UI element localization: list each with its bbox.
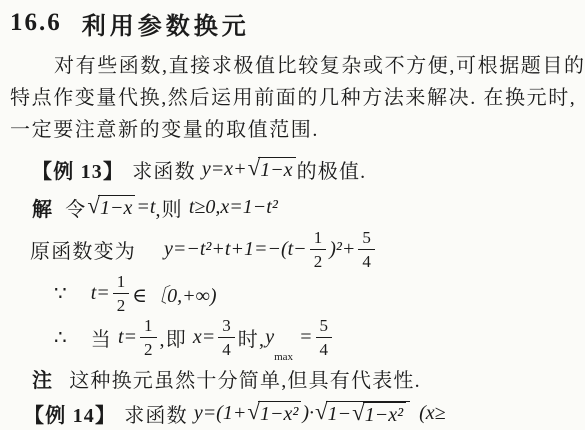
equals-sign: = (299, 326, 313, 349)
section-number: 16.6 (10, 9, 62, 37)
intro-line-2: 特点作变量代换,然后运用前面的几种方法来解决. 在换元时, (10, 82, 579, 114)
sqrt-expression: √ 1−x (87, 195, 135, 219)
example-14-text: 求函数 (124, 399, 188, 428)
solution-line: 解 令 √ 1−x =t ,则 t≥0,x=1−t² (32, 190, 579, 224)
example-13-tail: 的极值. (297, 155, 367, 184)
radicand: 1−x (98, 195, 135, 219)
denominator: 4 (358, 249, 375, 270)
textbook-page: 16.6 利用参数换元 对有些函数,直接求极值比较复杂或不方便,可根据题目的 特… (0, 0, 585, 430)
sqrt-expression: √ 1−x² (247, 401, 301, 425)
domain-condition: (x≥ (419, 402, 446, 425)
radical-sign-icon: √ (315, 400, 328, 423)
numerator: 1 (140, 317, 157, 337)
therefore-line: ∴ 当 t= 1 2 ,即 x= 3 4 时, y max = 5 4 (54, 314, 579, 360)
radical-sign-icon: √ (87, 194, 100, 217)
radicand: 1−x² (258, 401, 301, 425)
solution-let: 令 (65, 193, 86, 222)
formula-quadratic: y=−t²+t+1=−(t− (164, 238, 307, 261)
denominator: 2 (310, 249, 327, 270)
numerator: 3 (218, 317, 235, 337)
solution-then: ,则 (155, 193, 182, 222)
when-text: 当 (91, 323, 112, 352)
formula-t-eq: t= (118, 326, 137, 349)
note-text: 这种换元虽然十分简单,但具有代表性. (69, 364, 421, 393)
note-line: 注 这种换元虽然十分简单,但具有代表性. (32, 364, 579, 392)
radical-sign-icon: √ (247, 400, 260, 423)
fraction-one-half: 1 2 (140, 317, 157, 358)
inner-sqrt-expression: √ 1−x² (352, 402, 406, 426)
formula-times-dot: )· (302, 402, 314, 425)
example-14-statement: 【例 14】 求函数 y=(1+ √ 1−x² )· √ 1− √ 1−x² (… (24, 392, 579, 430)
transformed-function-line: 原函数变为 y=−t²+t+1=−(t− 1 2 )²+ 5 4 (30, 226, 579, 272)
example-14-label: 【例 14】 (24, 399, 116, 428)
fraction-one-half: 1 2 (113, 273, 130, 314)
numerator: 5 (316, 317, 333, 337)
because-symbol: ∵ (54, 281, 67, 306)
section-title: 16.6 利用参数换元 (10, 4, 579, 42)
transform-text: 原函数变为 (30, 235, 136, 264)
formula-interval: ∈〔0,+∞) (132, 279, 216, 308)
fraction-five-fourths: 5 4 (358, 229, 375, 270)
formula-eq-t: =t (136, 196, 155, 219)
denominator: 2 (113, 293, 130, 314)
max-subscript: max (274, 351, 293, 363)
nested-sqrt-expression: √ 1− √ 1−x² (315, 401, 410, 426)
therefore-symbol: ∴ (54, 325, 67, 350)
because-line: ∵ t= 1 2 ∈〔0,+∞) (54, 272, 579, 314)
formula-y-eq: y=(1+ (194, 402, 247, 425)
intro-line-3: 一定要注意新的变量的取值范围. (10, 114, 579, 146)
y-max-variable: y (265, 326, 274, 349)
example-13-label: 【例 13】 (32, 155, 124, 184)
time-text: 时, (238, 323, 265, 352)
denominator: 4 (218, 337, 235, 358)
numerator: 1 (310, 229, 327, 249)
formula-y-eq: y=x+ (202, 158, 247, 181)
denominator: 4 (316, 337, 333, 358)
solution-label: 解 (32, 193, 53, 222)
radical-sign-icon: √ (352, 401, 365, 424)
example-13-text: 求函数 (132, 155, 196, 184)
that-is-text: ,即 (160, 323, 187, 352)
formula-t-eq: t= (91, 282, 110, 305)
formula-squared-plus: )²+ (329, 238, 355, 261)
numerator: 5 (358, 229, 375, 249)
example-13-statement: 【例 13】 求函数 y=x+ √ 1−x 的极值. (32, 152, 579, 186)
radicand: 1− √ 1−x² (326, 401, 411, 426)
denominator: 2 (140, 337, 157, 358)
inner-radicand: 1−x² (363, 402, 406, 426)
fraction-one-half: 1 2 (310, 229, 327, 270)
numerator: 1 (113, 273, 130, 293)
formula-x-eq: x= (193, 326, 215, 349)
radicand-prefix: 1− (328, 403, 352, 425)
note-label: 注 (32, 364, 53, 393)
sqrt-expression: √ 1−x (248, 157, 296, 181)
fraction-three-fourths: 3 4 (218, 317, 235, 358)
intro-line-1: 对有些函数,直接求极值比较复杂或不方便,可根据题目的 (10, 50, 579, 82)
section-title-text: 利用参数换元 (82, 6, 250, 41)
radical-sign-icon: √ (248, 156, 261, 179)
formula-t-range: t≥0,x=1−t² (189, 196, 278, 219)
fraction-five-fourths: 5 4 (316, 317, 333, 358)
radicand: 1−x (258, 157, 295, 181)
